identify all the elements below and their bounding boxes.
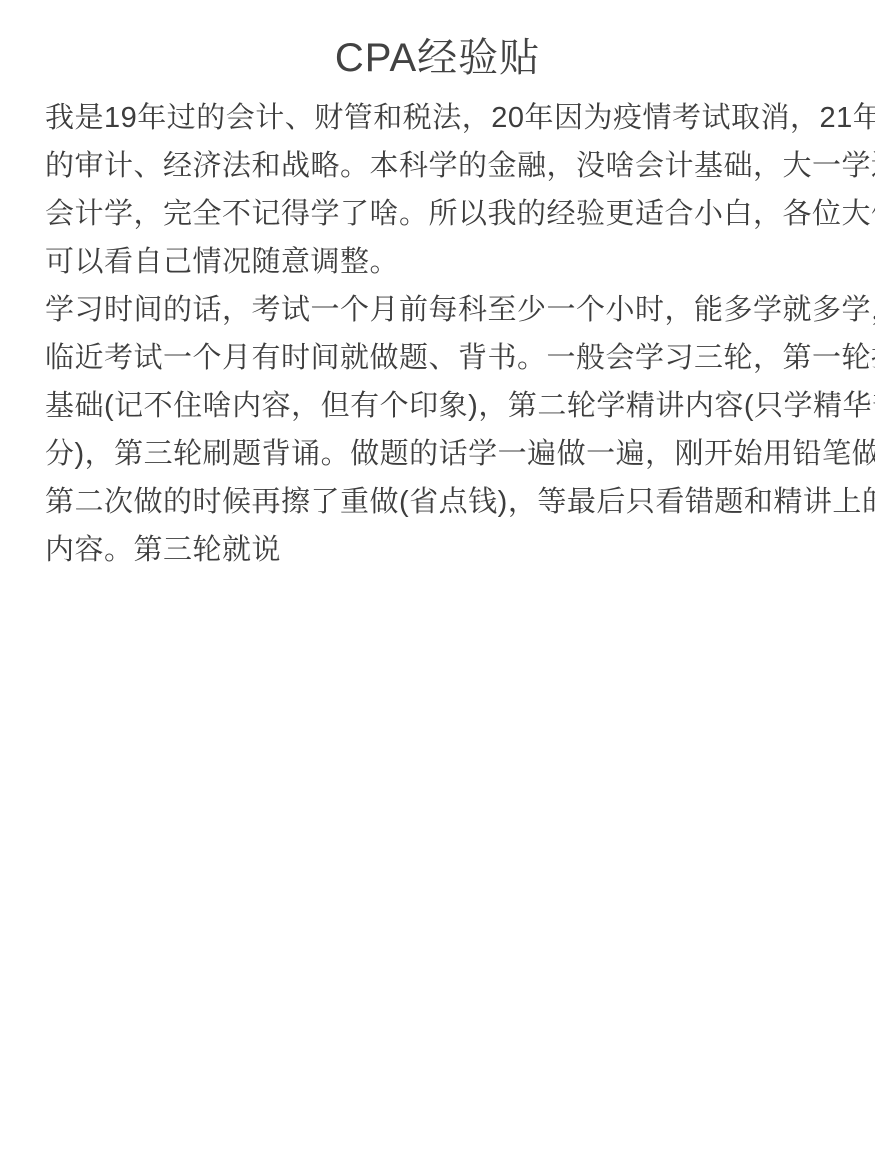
text-line: 学习时间的话，考试一个月前每科至少一个小时，能多学就多学， — [45, 286, 830, 334]
text-line: 可以看自己情况随意调整。 — [45, 238, 830, 286]
text-line: 分)，第三轮刷题背诵。做题的话学一遍做一遍，刚开始用铅笔做， — [45, 430, 830, 478]
text-line: 基础(记不住啥内容，但有个印象)，第二轮学精讲内容(只学精华部 — [45, 382, 830, 430]
text-line: 的审计、经济法和战略。本科学的金融，没啥会计基础，大一学过 — [45, 142, 830, 190]
page-title: CPA经验贴 — [0, 0, 875, 82]
article-page: CPA经验贴 我是19年过的会计、财管和税法，20年因为疫情考试取消，21年过 … — [0, 0, 875, 1164]
text-line: 我是19年过的会计、财管和税法，20年因为疫情考试取消，21年过 — [45, 94, 830, 142]
text-line: 内容。第三轮就说 — [45, 526, 830, 574]
text-line: 第二次做的时候再擦了重做(省点钱)，等最后只看错题和精讲上的 — [45, 478, 830, 526]
article-body: 我是19年过的会计、财管和税法，20年因为疫情考试取消，21年过 的审计、经济法… — [0, 94, 875, 574]
text-line: 临近考试一个月有时间就做题、背书。一般会学习三轮，第一轮打 — [45, 334, 830, 382]
text-line: 会计学，完全不记得学了啥。所以我的经验更适合小白，各位大佬 — [45, 190, 830, 238]
